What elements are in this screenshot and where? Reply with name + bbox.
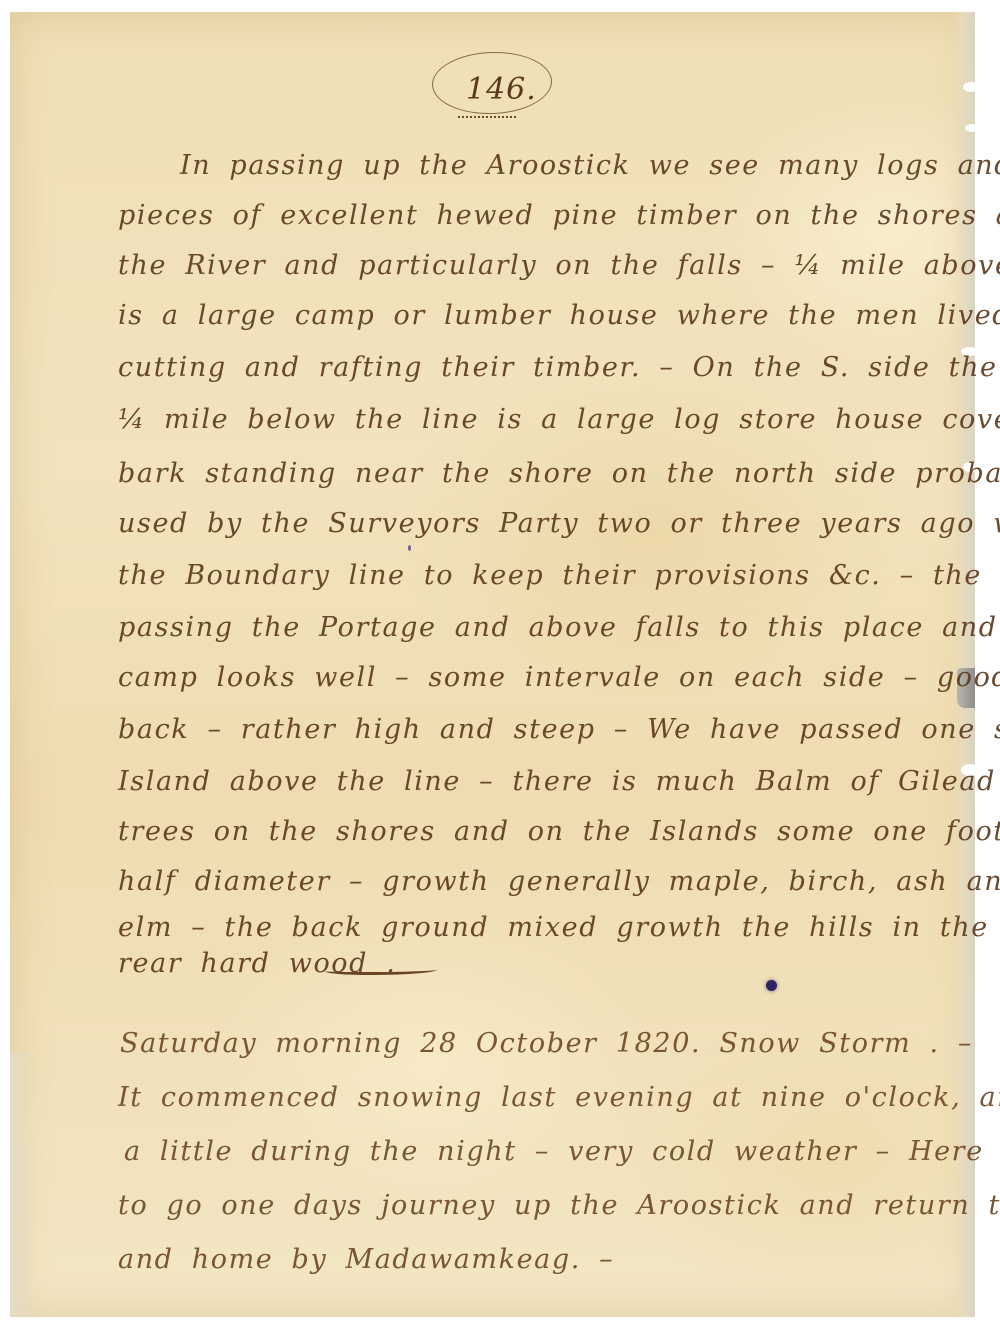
text-line: the Boundary line to keep their provisio…	[118, 560, 1000, 591]
ink-blot	[766, 980, 777, 991]
text-line: elm – the back ground mixed growth the h…	[118, 912, 989, 943]
entry-heading: Saturday morning 28 October 1820. Snow S…	[120, 1028, 973, 1059]
text-line: Island above the line – there is much Ba…	[118, 766, 996, 797]
text-line: trees on the shores and on the Islands s…	[118, 816, 1000, 847]
text-line: a little during the night – very cold we…	[124, 1136, 1000, 1167]
text-line: In passing up the Aroostick we see many …	[180, 150, 1000, 181]
edge-tear	[965, 124, 979, 132]
text-line: half diameter – growth generally maple, …	[118, 866, 1000, 897]
torn-left-edge	[10, 1052, 36, 1317]
text-line: camp looks well – some intervale on each…	[118, 662, 1000, 693]
text-line: bark standing near the shore on the nort…	[118, 458, 1000, 489]
text-line: back – rather high and steep – We have p…	[118, 714, 1000, 745]
text-line: to go one days journey up the Aroostick …	[118, 1190, 1000, 1221]
text-line: is a large camp or lumber house where th…	[118, 300, 1000, 331]
text-line: cutting and rafting their timber. – On t…	[118, 352, 1000, 383]
text-line: pieces of excellent hewed pine timber on…	[118, 200, 1000, 231]
text-line: used by the Surveyors Party two or three…	[118, 508, 1000, 539]
text-line: It commenced snowing last evening at nin…	[118, 1082, 1000, 1113]
page-number: 146.	[466, 72, 537, 107]
ink-dot	[408, 545, 411, 551]
text-line: passing the Portage and above falls to t…	[118, 612, 1000, 643]
text-line: the River and particularly on the falls …	[118, 250, 1000, 281]
text-line: ¼ mile below the line is a large log sto…	[118, 404, 1000, 435]
edge-tear	[963, 82, 979, 92]
text-line: and home by Madawamkeag. –	[118, 1244, 614, 1275]
page-number-underline	[458, 112, 516, 118]
